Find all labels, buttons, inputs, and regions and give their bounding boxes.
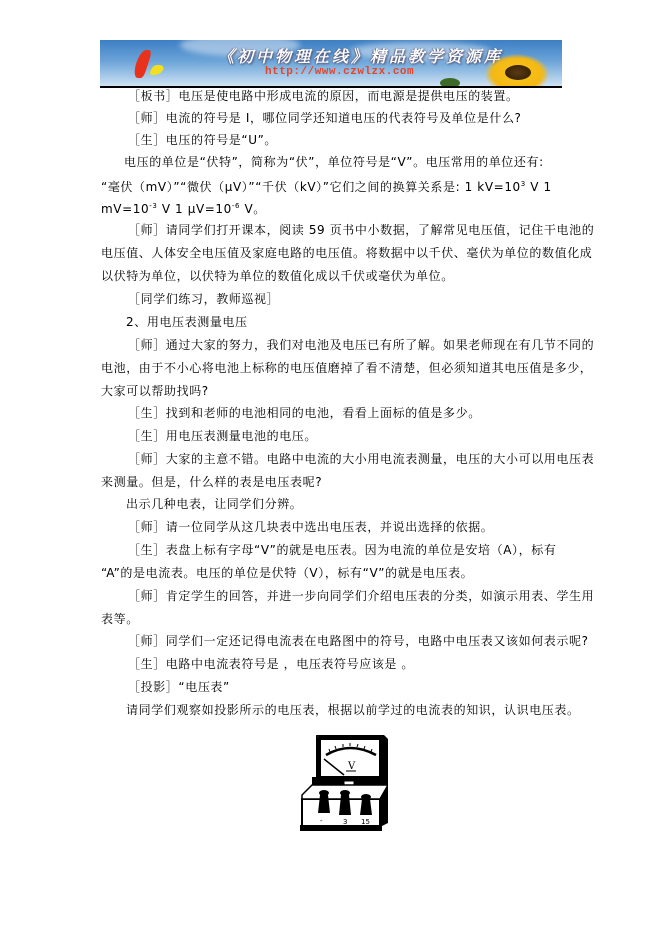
svg-text:3: 3 — [343, 818, 347, 826]
svg-text:V: V — [347, 761, 356, 772]
banner-title: 《初中物理在线》精品教学资源库 — [218, 44, 503, 67]
paragraph: 电压的单位是“伏特”，简称为“伏”，单位符号是“V”。电压常用的单位还有: — [124, 155, 544, 169]
logo-accent-icon — [149, 65, 166, 75]
paragraph: ［师］肯定学生的回答，并进一步向同学们介绍电压表的分类，如演示用表、学生用 — [128, 589, 594, 603]
paragraph: 请同学们观察如投影所示的电压表，根据以前学过的电流表的知识，认识电压表。 — [126, 703, 580, 717]
voltmeter-icon: V - 3 15 — [296, 733, 388, 833]
leaf-decoration — [440, 78, 460, 88]
paragraph: 出示几种电表，让同学们分辨。 — [126, 497, 302, 511]
paragraph: ［生］电压的符号是“U”。 — [128, 133, 277, 147]
svg-text:15: 15 — [361, 818, 370, 826]
paragraph: 以伏特为单位，以伏特为单位的数值化成以千伏或毫伏为单位。 — [101, 269, 454, 283]
paragraph-line: “毫伏（mV）”“微伏（μV）”“千伏（kV）”它们之间的换算关系是: 1 kV… — [101, 177, 552, 194]
paragraph: ［生］找到和老师的电池相同的电池，看看上面标的值是多少。 — [128, 406, 481, 420]
paragraph: ［师］大家的主意不错。电路中电流的大小用电流表测量，电压的大小可以用电压表 — [128, 452, 594, 466]
paragraph: 电压值、人体安全电压值及家庭电路的电压值。将数据中以千伏、毫伏为单位的数值化成 — [101, 246, 592, 260]
paragraph-line: mV=10-3 V 1 μV=10-6 V。 — [101, 199, 266, 216]
paragraph: ［板书］电压是使电路中形成电流的原因，而电源是提供电压的装置。 — [128, 89, 519, 103]
sunflower-icon — [485, 54, 549, 88]
voltmeter-figure: V - 3 15 — [296, 733, 388, 833]
paragraph: ［师］请同学们打开课本，阅读 59 页书中小数据，了解常见电压值，记住干电池的 — [128, 223, 594, 237]
paragraph: ［师］请一位同学从这几块表中选出电压表，并说出选择的依据。 — [128, 520, 493, 534]
paragraph: ［生］用电压表测量电池的电压。 — [128, 429, 317, 443]
header-banner: 《初中物理在线》精品教学资源库 http://www.czwlzx.com — [100, 40, 562, 88]
paragraph: ［生］电路中电流表符号是 ，电压表符号应该是 。 — [128, 657, 414, 671]
section-heading: 2、用电压表测量电压 — [126, 315, 248, 329]
paragraph: “A”的是电流表。电压的单位是伏特（V），标有“V”的就是电压表。 — [101, 566, 473, 580]
paragraph: ［同学们练习，教师巡视］ — [128, 292, 279, 306]
paragraph: ［生］表盘上标有字母“V”的就是电压表。因为电流的单位是安培（A），标有 — [128, 543, 556, 557]
paragraph: 电池，由于不小心将电池上标称的电压值磨掉了看不清楚，但必须知道其电压值是多少， — [101, 361, 592, 375]
paragraph: 大家可以帮助找吗? — [101, 384, 209, 398]
paragraph: ［师］通过大家的努力，我们对电池及电压已有所了解。如果老师现在有几节不同的 — [128, 338, 594, 352]
paragraph: ［投影］“电压表” — [128, 680, 230, 694]
paragraph: ［师］电流的符号是 I，哪位同学还知道电压的代表符号及单位是什么? — [128, 111, 522, 125]
paragraph: 表等。 — [101, 612, 139, 626]
banner-url: http://www.czwlzx.com — [265, 66, 414, 78]
paragraph: 来测量。但是，什么样的表是电压表呢? — [101, 475, 322, 489]
paragraph: ［师］同学们一定还记得电流表在电路图中的符号，电路中电压表又该如何表示呢? — [128, 634, 589, 648]
